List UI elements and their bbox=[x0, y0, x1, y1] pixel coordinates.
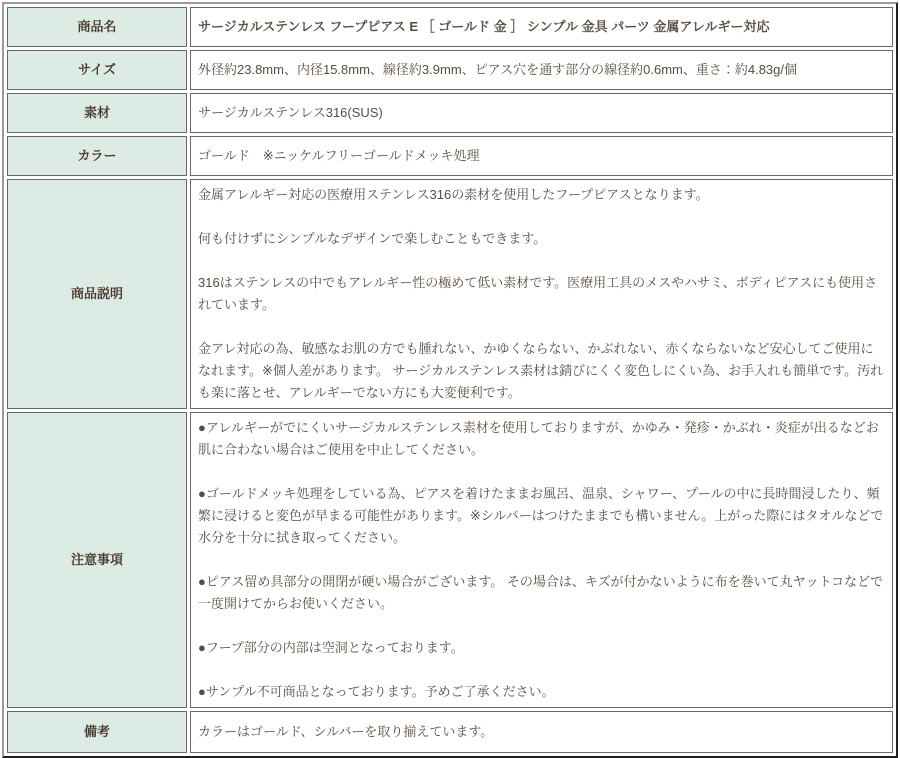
row-value-description: 金属アレルギー対応の医療用ステンレス316の素材を使用したフープピアスとなります… bbox=[190, 179, 893, 409]
row-value-remarks: カラーはゴールド、シルバーを取り揃えています。 bbox=[190, 711, 893, 753]
table-row-product-name: 商品名 サージカルステンレス フープピアス E ［ ゴールド 金 ］ シンプル … bbox=[7, 7, 893, 47]
description-paragraph: 金アレ対応の為、敏感なお肌の方でも腫れない、かゆくならない、かぶれない、赤くなら… bbox=[198, 338, 885, 404]
table-row-notes: 注意事項 ●アレルギーがでにくいサージカルステンレス素材を使用しておりますが、か… bbox=[7, 412, 893, 708]
row-label-remarks: 備考 bbox=[7, 711, 187, 753]
note-item: ●フープ部分の内部は空洞となっております。 bbox=[198, 637, 885, 659]
row-label-material: 素材 bbox=[7, 93, 187, 133]
row-label-description: 商品説明 bbox=[7, 179, 187, 409]
row-value-product-name: サージカルステンレス フープピアス E ［ ゴールド 金 ］ シンプル 金具 パ… bbox=[190, 7, 893, 47]
page: 商品名 サージカルステンレス フープピアス E ［ ゴールド 金 ］ シンプル … bbox=[0, 0, 900, 714]
table-row-size: サイズ 外径約23.8mm、内径15.8mm、線径約3.9mm、ピアス穴を通す部… bbox=[7, 50, 893, 90]
table-row-description: 商品説明 金属アレルギー対応の医療用ステンレス316の素材を使用したフープピアス… bbox=[7, 179, 893, 409]
table-row-material: 素材 サージカルステンレス316(SUS) bbox=[7, 93, 893, 133]
row-value-material: サージカルステンレス316(SUS) bbox=[190, 93, 893, 133]
row-value-size: 外径約23.8mm、内径15.8mm、線径約3.9mm、ピアス穴を通す部分の線径… bbox=[190, 50, 893, 90]
description-paragraph: 金属アレルギー対応の医療用ステンレス316の素材を使用したフープピアスとなります… bbox=[198, 184, 885, 206]
row-label-color: カラー bbox=[7, 136, 187, 176]
note-item: ●ゴールドメッキ処理をしている為、ピアスを着けたままお風呂、温泉、シャワー、プー… bbox=[198, 483, 885, 549]
table-row-color: カラー ゴールド ※ニッケルフリーゴールドメッキ処理 bbox=[7, 136, 893, 176]
table-row-remarks: 備考 カラーはゴールド、シルバーを取り揃えています。 bbox=[7, 711, 893, 753]
product-spec-table: 商品名 サージカルステンレス フープピアス E ［ ゴールド 金 ］ シンプル … bbox=[2, 2, 898, 758]
row-label-size: サイズ bbox=[7, 50, 187, 90]
row-label-product-name: 商品名 bbox=[7, 7, 187, 47]
note-item: ●アレルギーがでにくいサージカルステンレス素材を使用しておりますが、かゆみ・発疹… bbox=[198, 417, 885, 461]
note-item: ●ピアス留め具部分の開閉が硬い場合がございます。 その場合は、キズが付かないよう… bbox=[198, 571, 885, 615]
description-paragraph: 何も付けずにシンプルなデザインで楽しむこともできます。 bbox=[198, 228, 885, 250]
row-value-notes: ●アレルギーがでにくいサージカルステンレス素材を使用しておりますが、かゆみ・発疹… bbox=[190, 412, 893, 708]
note-item: ●サンプル不可商品となっております。予めご了承ください。 bbox=[198, 681, 885, 703]
description-paragraph: 316はステンレスの中でもアレルギー性の極めて低い素材です。医療用工具のメスやハ… bbox=[198, 272, 885, 316]
row-label-notes: 注意事項 bbox=[7, 412, 187, 708]
row-value-color: ゴールド ※ニッケルフリーゴールドメッキ処理 bbox=[190, 136, 893, 176]
